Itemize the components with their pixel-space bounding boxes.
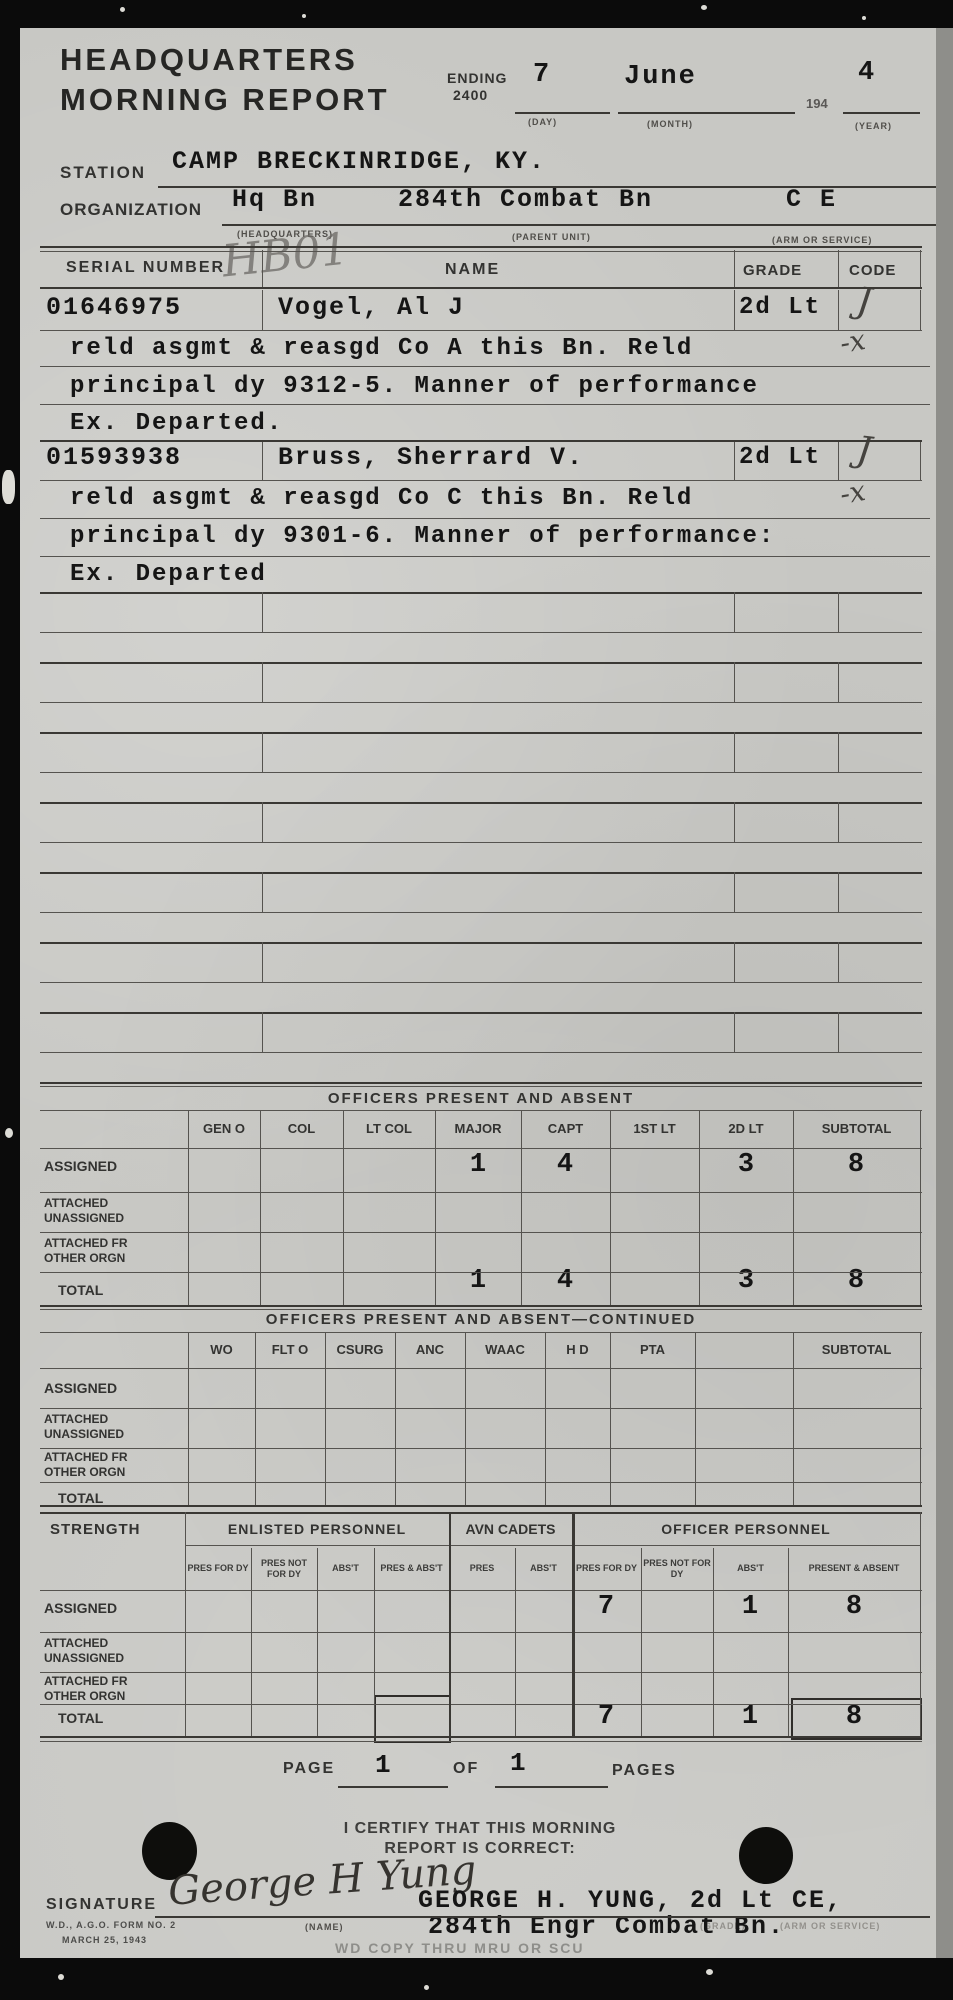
entry1-serial: 01646975 (46, 293, 182, 322)
rule-line (185, 1512, 186, 1736)
roster-header-name: NAME (445, 261, 500, 279)
rule-line (838, 440, 839, 480)
rule-line (734, 290, 735, 330)
rule-line (610, 1110, 611, 1305)
strength-sub-off3: ABS'T (713, 1548, 788, 1590)
officers-col-major: MAJOR (435, 1121, 521, 1136)
rule-line (255, 1332, 256, 1505)
entry1-name: Vogel, Al J (278, 293, 465, 322)
officers-col-geno: GEN O (188, 1121, 260, 1136)
rule-line (40, 1704, 922, 1705)
rule-line (395, 1332, 396, 1505)
rule-line (449, 1512, 451, 1736)
rule-line (838, 662, 839, 702)
rule-line (40, 592, 922, 594)
strength-sub-enl4: PRES & ABS'T (374, 1548, 449, 1590)
entry1-grade: 2d Lt (739, 294, 821, 321)
organization-parent: 284th Combat Bn (398, 185, 653, 214)
strength-sub-enl1: PRES FOR DY (185, 1548, 251, 1590)
entry2-grade: 2d Lt (739, 444, 821, 471)
rule-line (515, 1548, 516, 1736)
rule-line (262, 802, 263, 842)
rule-line (40, 1512, 922, 1514)
rule-line (40, 1741, 922, 1742)
rule-line (40, 480, 922, 481)
rule-line (40, 440, 922, 442)
rule-line (40, 366, 930, 367)
roster-header-serial: SERIAL NUMBER (66, 259, 225, 277)
station-label: STATION (60, 163, 146, 183)
day-value: 7 (533, 60, 551, 90)
scan-speckle (58, 1974, 64, 1980)
rule-line (188, 1110, 189, 1305)
officers-total-subtotal: 8 (826, 1266, 886, 1296)
year-value: 4 (858, 58, 876, 88)
strength-sub-off2: PRES NOT FOR DY (641, 1548, 713, 1590)
scan-speckle (862, 16, 866, 20)
rule-line (262, 250, 263, 287)
rule-line (40, 1590, 922, 1591)
name-sublabel: (NAME) (305, 1922, 344, 1932)
officers-assigned-2dlt: 3 (716, 1150, 776, 1180)
scan-right-edge (936, 28, 953, 2000)
rule-line (188, 1332, 189, 1505)
officers-assigned-major: 1 (448, 1150, 508, 1180)
strength-assigned-offtotal: 8 (824, 1592, 884, 1622)
rule-line (920, 290, 921, 330)
officers-col-ltcol: LT COL (343, 1121, 435, 1136)
organization-hq: Hq Bn (232, 185, 317, 214)
rule-line (610, 1332, 611, 1505)
rule-line (545, 1332, 546, 1505)
officers-total-2dlt: 3 (716, 1266, 776, 1296)
rule-line (40, 1482, 922, 1483)
officers-row-total: TOTAL (58, 1282, 103, 1298)
officers-row-attached: ATTACHED (44, 1196, 108, 1210)
rule-line (251, 1548, 252, 1736)
rule-line (40, 942, 922, 944)
rule-line (40, 1305, 922, 1307)
rule-line (262, 440, 263, 480)
strength-sub-avn1: PRES (449, 1548, 515, 1590)
punch-hole-right (739, 1827, 793, 1884)
strength-group-avn: AVN CADETS (449, 1521, 572, 1537)
day-label: (DAY) (528, 117, 557, 127)
rule-line (515, 112, 610, 114)
rule-line (40, 1672, 922, 1673)
scan-speckle (701, 5, 707, 10)
rule-line (40, 772, 922, 773)
ending-label: ENDING (447, 70, 507, 86)
rule-line (40, 1272, 922, 1273)
rule-line (40, 1192, 922, 1193)
year-label: (YEAR) (855, 121, 892, 131)
officers-col-2dlt: 2D LT (699, 1121, 793, 1136)
rule-line (40, 912, 922, 913)
roster-header-grade: GRADE (743, 262, 802, 279)
rule-line (40, 1052, 922, 1053)
month-label: (MONTH) (647, 119, 693, 129)
rule-line (843, 112, 920, 114)
scan-speckle (302, 14, 306, 18)
cont-col-hd: H D (545, 1342, 610, 1357)
officers-total-capt: 4 (535, 1266, 595, 1296)
rule-line (40, 1736, 922, 1738)
station-value: CAMP BRECKINRIDGE, KY. (172, 147, 546, 176)
of-label: OF (453, 1760, 479, 1778)
strength-total-offpres: 7 (576, 1702, 636, 1732)
rule-line (40, 1086, 922, 1087)
arm-sublabel: (ARM OR SERVICE) (772, 235, 872, 245)
rule-line (920, 1110, 921, 1305)
entry2-line1: reld asgmt & reasgd Co C this Bn. Reld (70, 485, 693, 512)
rule-line (40, 872, 922, 874)
strength-assigned-offabst: 1 (720, 1592, 780, 1622)
rule-line (40, 662, 922, 664)
cont-col-subtotal: SUBTOTAL (793, 1342, 920, 1357)
rule-line (262, 942, 263, 982)
rule-line (40, 1332, 922, 1333)
rule-line (40, 632, 922, 633)
rule-line (40, 246, 922, 248)
rule-line (260, 1110, 261, 1305)
roster-header-code: CODE (849, 262, 896, 279)
ending-2400: 2400 (453, 87, 488, 103)
rule-line (40, 982, 922, 983)
strength-group-officer: OFFICER PERSONNEL (572, 1521, 920, 1537)
strength-sub-off4: PRESENT & ABSENT (788, 1548, 920, 1590)
rule-line (262, 872, 263, 912)
rule-line (40, 1408, 922, 1409)
certify-line1: I CERTIFY THAT THIS MORNING (290, 1820, 670, 1838)
entry1-line3: Ex. Departed. (70, 410, 283, 437)
officers-assigned-capt: 4 (535, 1150, 595, 1180)
rule-line (793, 1110, 794, 1305)
rule-line (618, 112, 795, 114)
strength-row-attached: ATTACHED (44, 1636, 108, 1650)
strength-label: STRENGTH (50, 1521, 141, 1538)
rule-line (40, 518, 930, 519)
scan-bottom-edge (0, 1958, 953, 2000)
form-number: W.D., A.G.O. FORM NO. 2 (46, 1920, 176, 1930)
page-number: 1 (375, 1750, 393, 1780)
rule-line (838, 290, 839, 330)
rule-line (40, 802, 922, 804)
rule-line (40, 556, 930, 557)
rule-line (262, 290, 263, 330)
rule-line (734, 802, 735, 842)
organization-label: ORGANIZATION (60, 200, 202, 220)
rule-line (793, 1332, 794, 1505)
signature-label: SIGNATURE (46, 1896, 157, 1914)
rule-line (158, 186, 936, 188)
rule-line (40, 330, 922, 331)
rule-line (40, 732, 922, 734)
wd-copy-note: WD COPY THRU MRU OR SCU (335, 1940, 585, 1956)
rule-line (838, 872, 839, 912)
pages-label: PAGES (612, 1762, 677, 1780)
strength-row-assigned: ASSIGNED (44, 1600, 117, 1616)
strength-total-offabst: 1 (720, 1702, 780, 1732)
rule-line (325, 1332, 326, 1505)
rule-line (40, 1148, 922, 1149)
officers-table-title: OFFICERS PRESENT AND ABSENT (40, 1090, 922, 1107)
cont-row-otherorgn: OTHER ORGN (44, 1465, 125, 1479)
officers-col-col: COL (260, 1121, 343, 1136)
rule-line (838, 802, 839, 842)
rule-line (262, 732, 263, 772)
rule-line (734, 592, 735, 632)
strength-sub-enl3: ABS'T (317, 1548, 374, 1590)
page-label: PAGE (283, 1760, 335, 1778)
cont-row-assigned: ASSIGNED (44, 1380, 117, 1396)
cont-col-pta: PTA (610, 1342, 695, 1357)
rule-line (838, 942, 839, 982)
strength-row-otherorgn: OTHER ORGN (44, 1689, 125, 1703)
rule-line (262, 662, 263, 702)
officers-assigned-subtotal: 8 (826, 1150, 886, 1180)
rule-line (838, 732, 839, 772)
rule-line (317, 1548, 318, 1736)
rule-line (920, 1332, 921, 1505)
strength-row-total: TOTAL (58, 1710, 103, 1726)
rule-line (40, 1632, 922, 1633)
rule-line (40, 251, 922, 252)
rule-line (838, 1012, 839, 1052)
cont-row-unassigned: UNASSIGNED (44, 1427, 124, 1441)
officers-row-unassigned: UNASSIGNED (44, 1211, 124, 1225)
cont-col-anc: ANC (395, 1342, 465, 1357)
month-value: June (624, 62, 697, 92)
rule-line (734, 1012, 735, 1052)
scan-speckle (706, 1969, 713, 1975)
strength-row-attfr: ATTACHED FR (44, 1674, 128, 1688)
rule-line (495, 1786, 608, 1788)
rule-line (40, 1082, 922, 1084)
cont-col-csurg: CSURG (325, 1342, 395, 1357)
rule-line (155, 1916, 930, 1918)
strength-sub-off1: PRES FOR DY (572, 1548, 641, 1590)
entry1-line1: reld asgmt & reasgd Co A this Bn. Reld (70, 335, 693, 362)
rule-line (40, 404, 930, 405)
rule-line (338, 1786, 448, 1788)
strength-row-unassigned: UNASSIGNED (44, 1651, 124, 1665)
rule-line (40, 1232, 922, 1233)
rule-line (695, 1332, 696, 1505)
cont-col-flto: FLT O (255, 1342, 325, 1357)
organization-arm: C E (786, 185, 837, 214)
strength-assigned-offpres: 7 (576, 1592, 636, 1622)
rule-line (734, 732, 735, 772)
rule-line (920, 250, 921, 287)
rule-line (572, 1512, 575, 1736)
rule-line (734, 872, 735, 912)
rule-line (185, 1545, 920, 1546)
rule-line (641, 1548, 642, 1736)
officers-row-otherorgn: OTHER ORGN (44, 1251, 125, 1265)
form-title-line2: MORNING REPORT (60, 82, 390, 118)
cont-row-total: TOTAL (58, 1490, 103, 1506)
rule-line (920, 440, 921, 480)
strength-sub-avn2: ABS'T (515, 1548, 572, 1590)
pages-number: 1 (510, 1748, 528, 1778)
scan-speckle (120, 7, 125, 12)
rule-line (465, 1332, 466, 1505)
rule-line (713, 1548, 714, 1736)
rule-line (920, 1512, 921, 1736)
entry2-line2: principal dy 9301-6. Manner of performan… (70, 523, 775, 550)
rule-line (838, 250, 839, 287)
officers-cont-title: OFFICERS PRESENT AND ABSENT—CONTINUED (40, 1311, 922, 1328)
year-prefix: 194 (806, 96, 828, 111)
rule-line (40, 287, 922, 289)
entry2-name: Bruss, Sherrard V. (278, 443, 584, 472)
cont-row-attached: ATTACHED (44, 1412, 108, 1426)
officers-row-assigned: ASSIGNED (44, 1158, 117, 1174)
officers-row-attfr: ATTACHED FR (44, 1236, 128, 1250)
rule-line (343, 1110, 344, 1305)
rule-line (40, 1110, 922, 1111)
entry2-line3: Ex. Departed (70, 561, 267, 588)
scan-speckle (5, 1128, 13, 1138)
rule-line (374, 1548, 375, 1736)
parent-sublabel: (PARENT UNIT) (512, 232, 591, 242)
strength-sub-enl2: PRES NOT FOR DY (251, 1548, 317, 1590)
rule-line (40, 1012, 922, 1014)
scan-speckle (2, 470, 15, 504)
entry1-check-mark: -x (837, 323, 868, 360)
rule-line (40, 1448, 922, 1449)
officers-total-major: 1 (448, 1266, 508, 1296)
rule-line (262, 592, 263, 632)
cont-col-wo: WO (188, 1342, 255, 1357)
strength-group-enlisted: ENLISTED PERSONNEL (185, 1521, 449, 1537)
rule-line (40, 842, 922, 843)
rule-line (40, 1368, 922, 1369)
rule-line (262, 1012, 263, 1052)
rule-line (40, 702, 922, 703)
officers-col-subtotal: SUBTOTAL (793, 1121, 920, 1136)
rule-line (734, 440, 735, 480)
rule-line (222, 224, 936, 226)
entry2-serial: 01593938 (46, 443, 182, 472)
rule-line (699, 1110, 700, 1305)
cont-row-attfr: ATTACHED FR (44, 1450, 128, 1464)
form-title-line1: HEADQUARTERS (60, 42, 358, 78)
rule-line (521, 1110, 522, 1305)
form-date: MARCH 25, 1943 (62, 1935, 147, 1945)
morning-report-scan: HEADQUARTERS MORNING REPORT ENDING 2400 … (0, 0, 953, 2000)
rule-line (734, 250, 735, 287)
rule-line (838, 592, 839, 632)
rule-line (734, 942, 735, 982)
arm-service-sublabel: (ARM OR SERVICE) (780, 1921, 880, 1931)
officers-col-1stlt: 1ST LT (610, 1121, 699, 1136)
entry1-line2: principal dy 9312-5. Manner of performan… (70, 373, 759, 400)
scan-speckle (424, 1985, 429, 1990)
typed-signature-name: GEORGE H. YUNG, 2d Lt CE, (418, 1886, 843, 1915)
rule-line (788, 1548, 789, 1736)
rule-line (40, 1505, 922, 1507)
cont-col-waac: WAAC (465, 1342, 545, 1357)
officers-col-capt: CAPT (521, 1121, 610, 1136)
rule-line (435, 1110, 436, 1305)
rule-line (40, 1309, 922, 1310)
rule-line (734, 662, 735, 702)
